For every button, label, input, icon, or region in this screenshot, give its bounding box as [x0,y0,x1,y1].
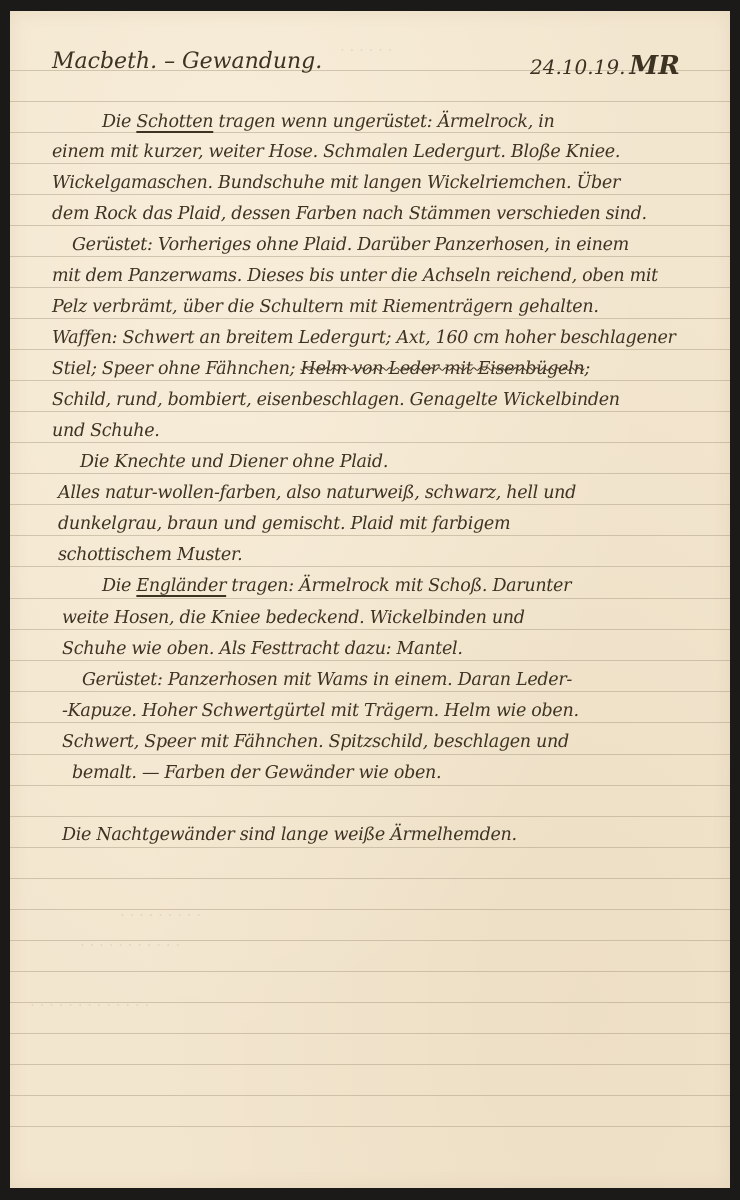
ruled-line [10,256,730,257]
text-fragment: ; [584,359,590,379]
text-fragment: Die [102,112,136,132]
bleed-through-text: · · · · · · · · · · · · · [30,996,149,1014]
text-line: Schild, rund, bombiert, eisenbeschlagen.… [52,390,620,410]
ruled-line [10,754,730,755]
text-line: und Schuhe. [52,421,160,441]
ruled-line [10,132,730,133]
ruled-line [10,1095,730,1096]
ruled-line [10,1126,730,1127]
ruled-line [10,163,730,164]
ruled-line [10,598,730,599]
ruled-line [10,504,730,505]
ruled-line [10,816,730,817]
ruled-line [10,566,730,567]
text-line: -Kapuze. Hoher Schwertgürtel mit Trägern… [62,701,579,721]
ruled-line [10,380,730,381]
text-line: Wickelgamaschen. Bundschuhe mit langen W… [52,173,620,193]
bleed-through-text: · · · · · · · · · [120,906,201,924]
ruled-line [10,225,730,226]
text-line: dunkelgrau, braun und gemischt. Plaid mi… [58,514,510,534]
ruled-line [10,722,730,723]
ruled-line [10,194,730,195]
ruled-line [10,318,730,319]
text-line: Schuhe wie oben. Als Festtracht dazu: Ma… [62,639,463,659]
ruled-line [10,473,730,474]
text-line: Waffen: Schwert an breitem Ledergurt; Ax… [52,328,676,348]
text-fragment: tragen: Ärmelrock mit Schoß. Darunter [226,576,571,596]
text-line: einem mit kurzer, weiter Hose. Schmalen … [52,142,620,162]
ruled-line [10,1033,730,1034]
text-line: Stiel; Speer ohne Fähnchen; Helm von Led… [52,359,590,379]
ruled-line [10,1064,730,1065]
ruled-line [10,101,730,102]
text-line: schottischem Muster. [58,545,242,565]
ruled-line [10,691,730,692]
text-line: mit dem Panzerwams. Dieses bis unter die… [52,266,658,286]
text-line: dem Rock das Plaid, dessen Farben nach S… [52,204,647,224]
text-fragment: tragen wenn ungerüstet: Ärmelrock, in [213,112,554,132]
ruled-line [10,442,730,443]
struck-out-text: Helm von Leder mit Eisenbügeln [301,359,585,379]
ruled-line [10,287,730,288]
text-line: Alles natur-wollen-farben, also naturwei… [58,483,576,503]
document-date-signature: 24.10.19.MR [530,51,680,81]
text-line: Gerüstet: Vorheriges ohne Plaid. Darüber… [72,235,629,255]
text-line: Schwert, Speer mit Fähnchen. Spitzschild… [62,732,569,752]
document-title: Macbeth. – Gewandung. [52,49,322,74]
text-line: Die Nachtgewänder sind lange weiße Ärmel… [62,825,517,845]
ruled-line [10,971,730,972]
ruled-line [10,785,730,786]
text-line: Gerüstet: Panzerhosen mit Wams in einem.… [82,670,572,690]
text-line: weite Hosen, die Kniee bedeckend. Wickel… [62,608,525,628]
manuscript-page: · · · · · · · · · · · · · · · · · · · · … [10,11,730,1188]
text-line: Die Knechte und Diener ohne Plaid. [80,452,388,472]
ruled-line [10,909,730,910]
bleed-through-text: · · · · · · · · · · · [80,936,180,954]
text-line: Die Schotten tragen wenn ungerüstet: Ärm… [102,112,555,132]
ruled-line [10,411,730,412]
ruled-line [10,535,730,536]
bleed-through-text: · · · · · · [340,41,392,59]
underlined-heading-english: Engländer [136,576,226,596]
document-date: 24.10.19. [530,55,625,79]
text-fragment: Die [102,576,136,596]
author-monogram: MR [629,51,679,81]
text-fragment: Stiel; Speer ohne Fähnchen; [52,359,301,379]
text-line: bemalt. — Farben der Gewänder wie oben. [72,763,441,783]
ruled-line [10,660,730,661]
ruled-line [10,878,730,879]
text-line: Pelz verbrämt, über die Schultern mit Ri… [52,297,599,317]
underlined-heading-scots: Schotten [136,112,213,132]
text-line: Die Engländer tragen: Ärmelrock mit Scho… [102,576,571,596]
ruled-line [10,629,730,630]
ruled-line [10,349,730,350]
ruled-line [10,847,730,848]
